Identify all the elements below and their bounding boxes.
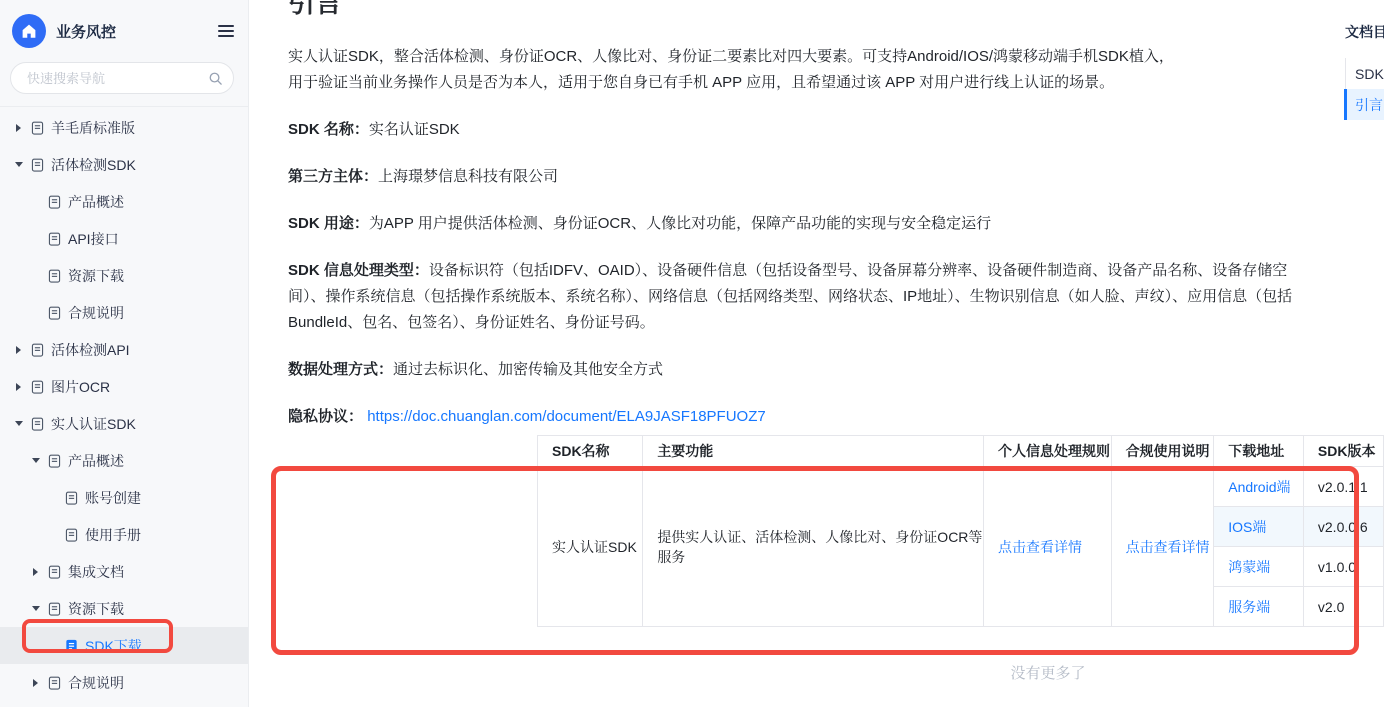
caret-spacer bbox=[46, 530, 59, 540]
download-cell: IOS端 bbox=[1214, 507, 1304, 547]
caret-down-icon[interactable] bbox=[12, 419, 25, 429]
document-icon bbox=[30, 157, 45, 173]
field-paragraphs: SDK 名称：实名认证SDK第三方主体：上海璟梦信息科技有限公司SDK 用途：为… bbox=[288, 117, 1298, 383]
sidebar-item-API接口[interactable]: API接口 bbox=[0, 220, 248, 257]
document-icon bbox=[64, 638, 79, 654]
sidebar-item-label: SDK下载 bbox=[85, 636, 142, 656]
page-title: 引言 bbox=[288, 0, 1298, 18]
version-cell: v2.0.0.6 bbox=[1303, 507, 1383, 547]
caret-right-icon[interactable] bbox=[29, 678, 42, 688]
toc-title: 文档目录 bbox=[1345, 22, 1384, 42]
table-header-个人信息处理规则: 个人信息处理规则 bbox=[984, 436, 1112, 467]
field-paragraph-4: 数据处理方式：通过去标识化、加密传输及其他安全方式 bbox=[288, 357, 1298, 383]
compliance-detail-link[interactable]: 点击查看详情 bbox=[1126, 539, 1210, 555]
document-icon bbox=[64, 490, 79, 506]
document-icon bbox=[47, 601, 62, 617]
menu-toggle-icon[interactable] bbox=[218, 25, 234, 37]
toc-item-SDK下载[interactable]: SDK下载 bbox=[1344, 58, 1384, 89]
sidebar-item-集成文档[interactable]: 集成文档 bbox=[0, 553, 248, 590]
table-header-SDK名称: SDK名称 bbox=[538, 436, 643, 467]
field-value: 通过去标识化、加密传输及其他安全方式 bbox=[393, 361, 663, 378]
sidebar-search[interactable] bbox=[10, 62, 234, 94]
caret-right-icon[interactable] bbox=[29, 567, 42, 577]
field-paragraph-1: 第三方主体：上海璟梦信息科技有限公司 bbox=[288, 164, 1298, 190]
sidebar-item-图片OCR[interactable]: 图片OCR bbox=[0, 368, 248, 405]
document-icon bbox=[30, 342, 45, 358]
download-link-服务端[interactable]: 服务端 bbox=[1228, 599, 1270, 615]
search-icon bbox=[208, 71, 223, 86]
sidebar-item-活体检测SDK[interactable]: 活体检测SDK bbox=[0, 146, 248, 183]
field-value: 设备标识符（包括IDFV、OAID）、设备硬件信息（包括设备型号、设备屏幕分辨率… bbox=[288, 262, 1292, 331]
sdk-table: SDK名称主要功能个人信息处理规则合规使用说明下载地址SDK版本 实人认证SDK… bbox=[537, 435, 1384, 627]
field-label: SDK 信息处理类型： bbox=[288, 262, 429, 279]
sidebar-item-活体检测API[interactable]: 活体检测API bbox=[0, 331, 248, 368]
document-icon bbox=[30, 379, 45, 395]
intro-paragraph: 实人认证SDK，整合活体检测、身份证OCR、人像比对、身份证二要素比对四大要素。… bbox=[288, 44, 1298, 96]
field-value: 实名认证SDK bbox=[369, 121, 460, 138]
field-paragraph-2: SDK 用途：为APP 用户提供活体检测、身份证OCR、人像比对功能，保障产品功… bbox=[288, 211, 1298, 237]
sidebar-item-合规说明[interactable]: 合规说明 bbox=[0, 294, 248, 331]
sidebar-item-SDK下载[interactable]: SDK下载 bbox=[0, 627, 248, 664]
field-label: SDK 用途： bbox=[288, 215, 369, 232]
sidebar-item-产品概述[interactable]: 产品概述 bbox=[0, 183, 248, 220]
caret-spacer bbox=[29, 197, 42, 207]
sidebar-item-羊毛盾标准版[interactable]: 羊毛盾标准版 bbox=[0, 109, 248, 146]
sidebar-item-账号创建[interactable]: 账号创建 bbox=[0, 479, 248, 516]
document-icon bbox=[47, 194, 62, 210]
sdk-name-cell: 实人认证SDK bbox=[538, 467, 643, 627]
search-input[interactable] bbox=[25, 70, 208, 87]
document-icon bbox=[47, 305, 62, 321]
download-link-Android端[interactable]: Android端 bbox=[1228, 479, 1290, 495]
app-title: 业务风控 bbox=[56, 21, 218, 42]
document-icon bbox=[47, 268, 62, 284]
document-icon bbox=[47, 675, 62, 691]
sidebar-item-label: 活体检测API bbox=[51, 340, 130, 360]
caret-spacer bbox=[46, 641, 59, 651]
table-header-SDK版本: SDK版本 bbox=[1303, 436, 1383, 467]
sidebar-item-label: 图片OCR bbox=[51, 377, 110, 397]
field-label: SDK 名称： bbox=[288, 121, 369, 138]
sidebar-header: 业务风控 bbox=[0, 0, 248, 58]
privacy-link[interactable]: https://doc.chuanglan.com/document/ELA9J… bbox=[367, 408, 766, 425]
compliance-detail: 点击查看详情 bbox=[1111, 467, 1214, 627]
sidebar-item-label: 合规说明 bbox=[68, 303, 124, 323]
field-label: 第三方主体： bbox=[288, 168, 378, 185]
home-icon bbox=[20, 22, 38, 40]
caret-spacer bbox=[29, 234, 42, 244]
toc-item-引言[interactable]: 引言 bbox=[1344, 89, 1384, 120]
sidebar-item-实人认证SDK[interactable]: 实人认证SDK bbox=[0, 405, 248, 442]
sidebar-item-合规说明[interactable]: 合规说明 bbox=[0, 664, 248, 701]
table-header-下载地址: 下载地址 bbox=[1214, 436, 1304, 467]
caret-right-icon[interactable] bbox=[12, 345, 25, 355]
sidebar-item-label: 实人认证SDK bbox=[51, 414, 136, 434]
caret-right-icon[interactable] bbox=[12, 382, 25, 392]
features-cell: 提供实人认证、活体检测、人像比对、身份证OCR等服务 bbox=[643, 467, 984, 627]
sidebar-item-label: 羊毛盾标准版 bbox=[51, 118, 135, 138]
sidebar-item-label: API接口 bbox=[68, 229, 119, 249]
sidebar-nav: 羊毛盾标准版活体检测SDK产品概述API接口资源下载合规说明活体检测API图片O… bbox=[0, 107, 248, 701]
no-more-text: 没有更多了 bbox=[537, 662, 1384, 683]
field-paragraph-0: SDK 名称：实名认证SDK bbox=[288, 117, 1298, 143]
caret-spacer bbox=[29, 308, 42, 318]
sidebar-item-label: 资源下载 bbox=[68, 266, 124, 286]
field-paragraph-3: SDK 信息处理类型：设备标识符（包括IDFV、OAID）、设备硬件信息（包括设… bbox=[288, 258, 1298, 336]
field-value: 上海璟梦信息科技有限公司 bbox=[378, 168, 558, 185]
version-cell: v2.0 bbox=[1303, 587, 1383, 627]
sidebar-item-label: 账号创建 bbox=[85, 488, 141, 508]
table-header-row: SDK名称主要功能个人信息处理规则合规使用说明下载地址SDK版本 bbox=[538, 436, 1384, 467]
sidebar-item-使用手册[interactable]: 使用手册 bbox=[0, 516, 248, 553]
sidebar-item-label: 产品概述 bbox=[68, 451, 124, 471]
sidebar-item-label: 使用手册 bbox=[85, 525, 141, 545]
document-icon bbox=[30, 416, 45, 432]
field-value: 为APP 用户提供活体检测、身份证OCR、人像比对功能，保障产品功能的实现与安全… bbox=[369, 215, 991, 232]
toc-list: SDK下载引言 bbox=[1345, 58, 1384, 120]
sidebar-item-label: 活体检测SDK bbox=[51, 155, 136, 175]
caret-down-icon[interactable] bbox=[12, 160, 25, 170]
sidebar-item-label: 集成文档 bbox=[68, 562, 124, 582]
download-cell: 鸿蒙端 bbox=[1214, 547, 1304, 587]
table-header-主要功能: 主要功能 bbox=[643, 436, 984, 467]
document-icon bbox=[47, 564, 62, 580]
privacy-detail: 点击查看详情 bbox=[984, 467, 1112, 627]
sidebar-item-label: 合规说明 bbox=[68, 673, 124, 693]
caret-spacer bbox=[29, 271, 42, 281]
toc-panel: 文档目录 SDK下载引言 bbox=[1345, 0, 1384, 120]
caret-down-icon[interactable] bbox=[29, 604, 42, 614]
doc-text: 引言 实人认证SDK，整合活体检测、身份证OCR、人像比对、身份证二要素比对四大… bbox=[288, 0, 1298, 430]
document-icon bbox=[30, 120, 45, 136]
document-icon bbox=[47, 231, 62, 247]
document-icon bbox=[64, 527, 79, 543]
table-row: 实人认证SDK提供实人认证、活体检测、人像比对、身份证OCR等服务点击查看详情点… bbox=[538, 467, 1384, 507]
sidebar-item-label: 产品概述 bbox=[68, 192, 124, 212]
download-cell: Android端 bbox=[1214, 467, 1304, 507]
sidebar-item-资源下载[interactable]: 资源下载 bbox=[0, 590, 248, 627]
sidebar-item-产品概述[interactable]: 产品概述 bbox=[0, 442, 248, 479]
home-logo[interactable] bbox=[12, 14, 46, 48]
version-cell: v1.0.0 bbox=[1303, 547, 1383, 587]
caret-down-icon[interactable] bbox=[29, 456, 42, 466]
sidebar-item-label: 资源下载 bbox=[68, 599, 124, 619]
main-content: 引言 实人认证SDK，整合活体检测、身份证OCR、人像比对、身份证二要素比对四大… bbox=[249, 0, 1384, 707]
privacy-detail-link[interactable]: 点击查看详情 bbox=[998, 539, 1082, 555]
privacy-label: 隐私协议： bbox=[288, 408, 363, 425]
caret-spacer bbox=[46, 493, 59, 503]
download-link-鸿蒙端[interactable]: 鸿蒙端 bbox=[1228, 559, 1270, 575]
sidebar-item-资源下载[interactable]: 资源下载 bbox=[0, 257, 248, 294]
version-cell: v2.0.1.1 bbox=[1303, 467, 1383, 507]
document-icon bbox=[47, 453, 62, 469]
table-header-合规使用说明: 合规使用说明 bbox=[1111, 436, 1214, 467]
caret-right-icon[interactable] bbox=[12, 123, 25, 133]
download-cell: 服务端 bbox=[1214, 587, 1304, 627]
privacy-paragraph: 隐私协议： https://doc.chuanglan.com/document… bbox=[288, 404, 1298, 430]
download-link-IOS端[interactable]: IOS端 bbox=[1228, 519, 1266, 535]
field-label: 数据处理方式： bbox=[288, 361, 393, 378]
sidebar: 业务风控 羊毛盾标准版活体检测SDK产品概述API接口资源下载合规说明活体检测A… bbox=[0, 0, 249, 707]
